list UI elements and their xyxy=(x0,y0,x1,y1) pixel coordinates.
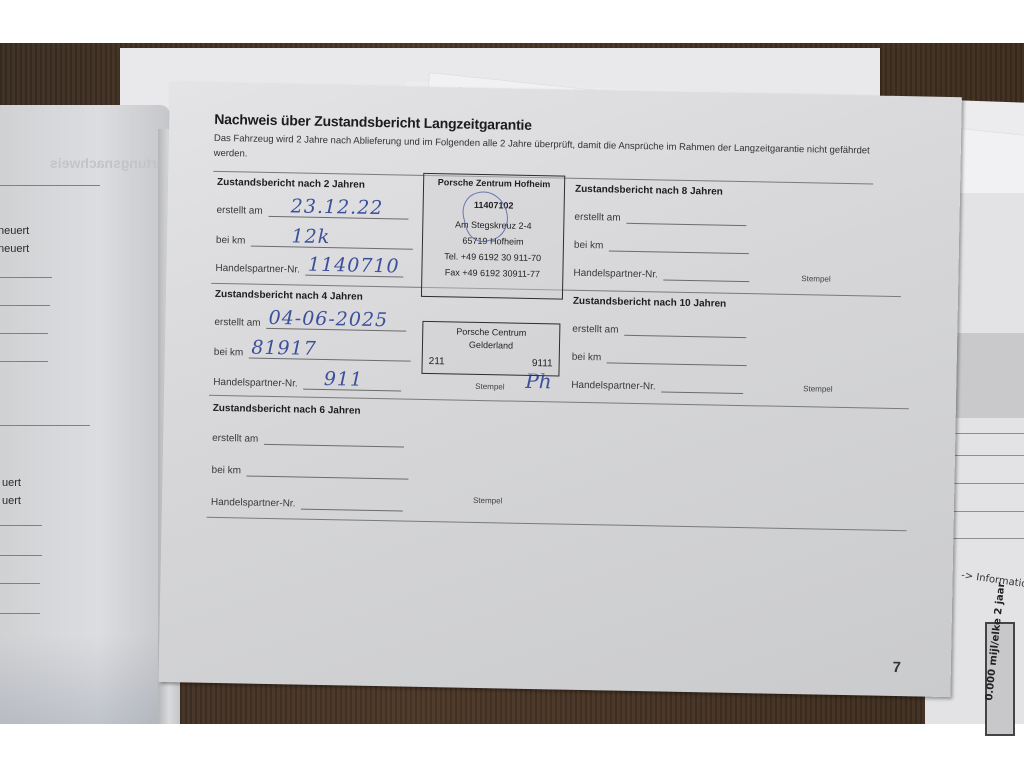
created-date-field[interactable] xyxy=(626,209,746,226)
partner-number-field[interactable]: 911 xyxy=(304,375,402,392)
created-date-field[interactable] xyxy=(624,321,746,338)
page-number: 7 xyxy=(892,659,901,676)
report-8-years: Zustandsbericht nach 8 Jahren erstellt a… xyxy=(573,184,895,294)
km-field[interactable] xyxy=(609,236,749,254)
partner-number-field[interactable] xyxy=(662,377,744,394)
dealer-stamp-hofheim: Porsche Zentrum Hofheim 11407102 Am Steg… xyxy=(421,173,565,300)
created-date-field[interactable] xyxy=(264,430,404,448)
created-date-field[interactable]: 04-06-2025 xyxy=(266,314,406,332)
created-date-field[interactable]: 23.12.22 xyxy=(269,202,409,220)
partner-number-field[interactable] xyxy=(301,495,403,512)
warranty-page: Nachweis über Zustandsbericht Langzeitga… xyxy=(158,82,961,697)
km-field[interactable] xyxy=(247,462,409,480)
report-10-years: Zustandsbericht nach 10 Jahren erstellt … xyxy=(571,296,903,406)
report-6-years: Zustandsbericht nach 6 Jahren erstellt a… xyxy=(211,403,573,520)
report-grid: Zustandsbericht nach 2 Jahren erstellt a… xyxy=(213,171,913,184)
km-field[interactable]: 81917 xyxy=(249,344,411,362)
km-field[interactable] xyxy=(607,348,747,366)
partner-number-field[interactable] xyxy=(664,266,750,283)
dealer-stamp-gelderland: Porsche Centrum Gelderland 211 9111 xyxy=(421,321,560,377)
km-field[interactable]: 12k xyxy=(251,232,413,250)
partner-number-field[interactable]: 1140710 xyxy=(306,261,404,278)
left-booklet-page: Wartungsnachweis neuert neuert uert uert xyxy=(0,105,170,724)
